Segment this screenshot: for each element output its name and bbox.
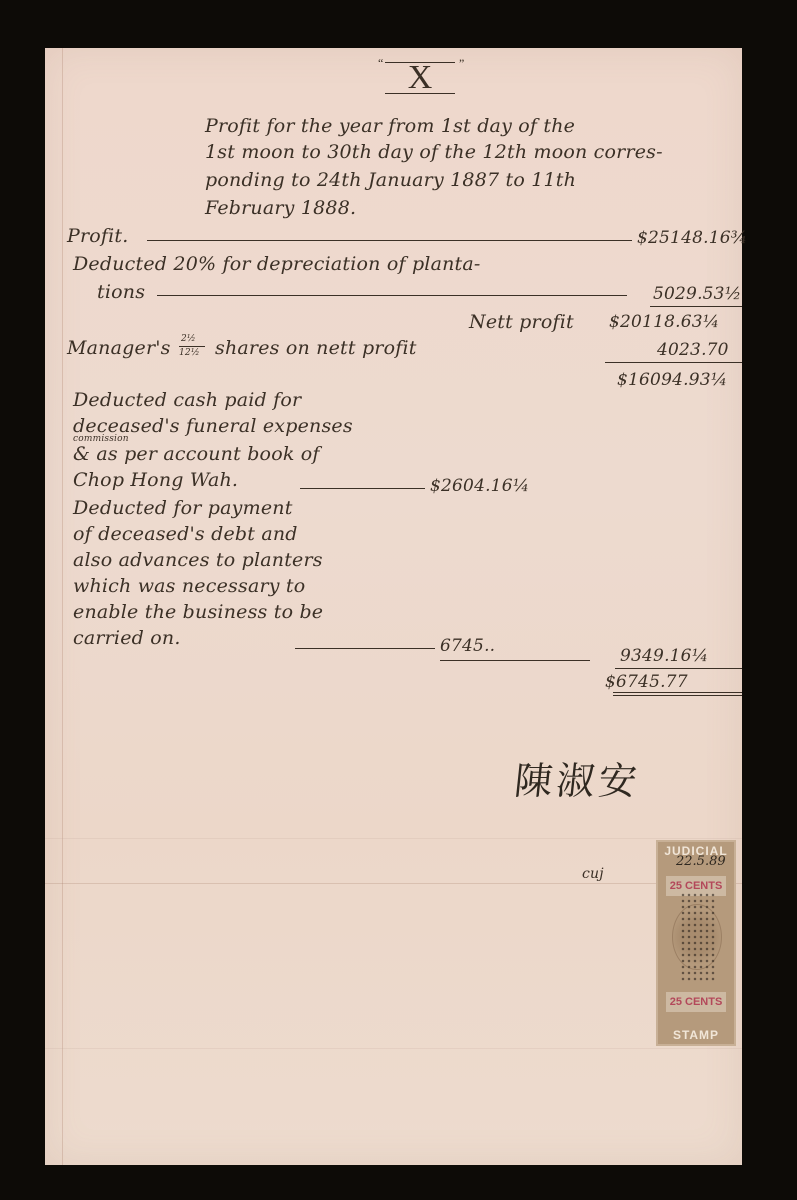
judicial-stamp: JUDICIAL 22.5.89 25 CENTS 25 CENTS STAMP bbox=[656, 840, 736, 1046]
balance-amount: $16094.93¼ bbox=[617, 370, 727, 390]
manager-share-label-rest: shares on nett profit bbox=[215, 336, 417, 360]
total-double-rule bbox=[613, 692, 742, 693]
intro-line-3: ponding to 24th January 1887 to 11th bbox=[205, 168, 576, 192]
depreciation-label-1: Deducted 20% for depreciation of planta- bbox=[73, 252, 481, 276]
final-total: $6745.77 bbox=[605, 672, 688, 692]
paper-fold bbox=[45, 883, 742, 884]
fraction-bar bbox=[179, 346, 205, 347]
debt-line-2: of deceased's debt and bbox=[73, 522, 298, 546]
stamp-cancel-date: 22.5.89 bbox=[676, 854, 726, 869]
ruled-line bbox=[45, 838, 742, 839]
leader-line bbox=[147, 240, 632, 241]
debt-line-6: carried on. bbox=[73, 626, 181, 650]
ruled-line bbox=[45, 1048, 742, 1049]
funeral-line-3: & as per account book of bbox=[73, 442, 320, 466]
subtotal-rule bbox=[650, 306, 742, 307]
stamp-perforation bbox=[680, 892, 716, 982]
debt-line-3: also advances to planters bbox=[73, 548, 323, 572]
page-heading: X bbox=[385, 62, 455, 94]
funeral-amount: $2604.16¼ bbox=[430, 476, 529, 496]
document-page: “ X ” Profit for the year from 1st day o… bbox=[45, 48, 742, 1165]
nett-profit-label: Nett profit bbox=[469, 310, 574, 334]
nett-profit-amount: $20118.63¼ bbox=[609, 312, 719, 332]
chinese-signature: 陳淑安 bbox=[512, 750, 644, 805]
fraction-denominator: 12½ bbox=[179, 348, 200, 358]
margin-rule bbox=[62, 48, 63, 1165]
funeral-line-1: Deducted cash paid for bbox=[73, 388, 301, 412]
leader-line bbox=[300, 488, 425, 489]
debt-line-5: enable the business to be bbox=[73, 600, 323, 624]
total-double-rule bbox=[613, 695, 742, 696]
manager-share-amount: 4023.70 bbox=[657, 340, 729, 360]
profit-amount: $25148.16¾ bbox=[637, 228, 747, 248]
deductions-subtotal: 9349.16¼ bbox=[620, 646, 708, 666]
intro-line-1: Profit for the year from 1st day of the bbox=[205, 114, 575, 138]
heading-open-quote: “ bbox=[378, 56, 383, 71]
debt-line-4: which was necessary to bbox=[73, 574, 305, 598]
intro-line-4: February 1888. bbox=[205, 196, 356, 220]
intro-line-2: 1st moon to 30th day of the 12th moon co… bbox=[205, 140, 663, 164]
funeral-line-4: Chop Hong Wah. bbox=[73, 468, 238, 492]
stamp-value-bottom: 25 CENTS bbox=[666, 992, 726, 1012]
stamp-bottom-label: STAMP bbox=[658, 1028, 734, 1042]
subtotal-rule bbox=[615, 668, 742, 669]
initials-note: cuj bbox=[582, 866, 604, 882]
debt-line-1: Deducted for payment bbox=[73, 496, 293, 520]
heading-close-quote: ” bbox=[459, 56, 464, 71]
profit-label: Profit. bbox=[67, 224, 129, 248]
depreciation-label-2: tions bbox=[97, 280, 145, 304]
leader-line bbox=[295, 648, 435, 649]
depreciation-amount: 5029.53½ bbox=[653, 284, 741, 304]
fraction-numerator: 2½ bbox=[181, 334, 196, 344]
debt-amount: 6745.. bbox=[440, 636, 495, 656]
subtotal-rule bbox=[605, 362, 742, 363]
subtotal-rule bbox=[440, 660, 590, 661]
leader-line bbox=[157, 295, 627, 296]
manager-share-label: Manager's bbox=[67, 336, 171, 360]
